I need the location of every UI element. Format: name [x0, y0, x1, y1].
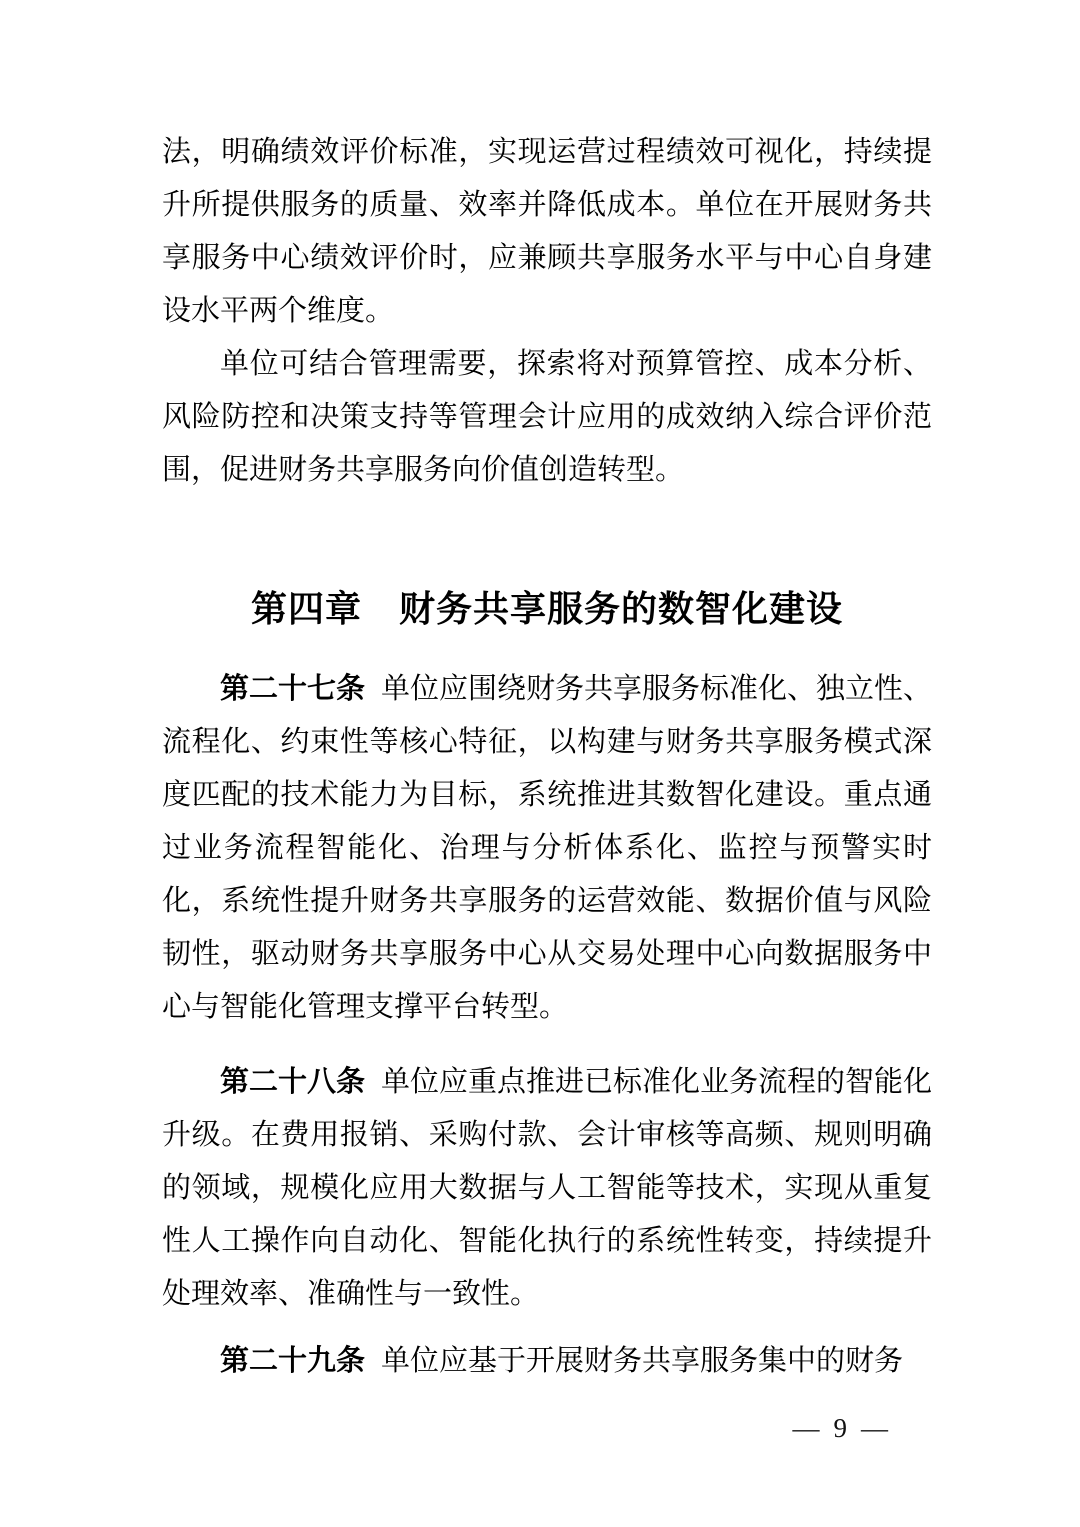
- footer-dash-left: —: [793, 1413, 820, 1443]
- article-29-text: 单位应基于开展财务共享服务集中的财务: [381, 1345, 903, 1377]
- page-footer: —9—: [793, 1412, 889, 1444]
- article-28-text: 单位应重点推进已标准化业务流程的智能化升级。在费用报销、采购付款、会计审核等高频…: [162, 1066, 932, 1310]
- article-27-paragraph: 第二十七条单位应围绕财务共享服务标准化、独立性、流程化、约束性等核心特征，以构建…: [162, 663, 932, 1034]
- paragraph-continuation: 法，明确绩效评价标准，实现运营过程绩效可视化，持续提升所提供服务的质量、效率并降…: [162, 126, 932, 338]
- article-29-paragraph: 第二十九条单位应基于开展财务共享服务集中的财务: [162, 1335, 932, 1388]
- page-content: 法，明确绩效评价标准，实现运营过程绩效可视化，持续提升所提供服务的质量、效率并降…: [162, 126, 932, 1388]
- article-27-text: 单位应围绕财务共享服务标准化、独立性、流程化、约束性等核心特征，以构建与财务共享…: [162, 673, 932, 1023]
- article-28-paragraph: 第二十八条单位应重点推进已标准化业务流程的智能化升级。在费用报销、采购付款、会计…: [162, 1056, 932, 1321]
- footer-dash-right: —: [861, 1413, 888, 1443]
- document-page: 法，明确绩效评价标准，实现运营过程绩效可视化，持续提升所提供服务的质量、效率并降…: [0, 0, 1080, 1527]
- page-number: 9: [834, 1413, 848, 1443]
- article-27-number: 第二十七条: [220, 673, 365, 705]
- article-28-number: 第二十八条: [220, 1066, 365, 1098]
- paragraph-management-accounting: 单位可结合管理需要，探索将对预算管控、成本分析、风险防控和决策支持等管理会计应用…: [162, 338, 932, 497]
- chapter-heading: 第四章 财务共享服务的数智化建设: [162, 583, 932, 635]
- article-29-number: 第二十九条: [220, 1345, 365, 1377]
